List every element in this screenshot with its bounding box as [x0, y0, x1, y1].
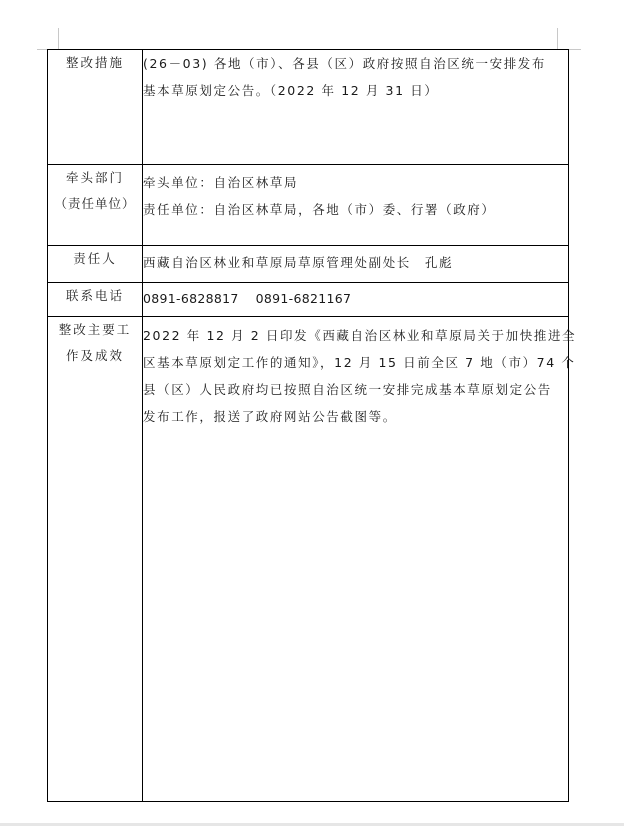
content-responsible-person: 西藏自治区林业和草原局草原管理处副处长 孔彪 — [143, 246, 569, 283]
content-text: 西藏自治区林业和草原局草原管理处副处长 孔彪 — [143, 249, 568, 276]
content-measures: (26－03) 各地（市）、各县（区）政府按照自治区统一安排发布 基本草原划定公… — [143, 50, 569, 165]
table-row-lead-department: 牵头部门 （责任单位） 牵头单位：自治区林草局 责任单位：自治区林草局，各地（市… — [48, 165, 569, 246]
label-text: 牵头部门 — [48, 165, 142, 191]
content-text: 责任单位：自治区林草局，各地（市）委、行署（政府） — [143, 196, 568, 223]
content-text: 0891-6828817 0891-6821167 — [143, 285, 568, 312]
rectification-table: 整改措施 (26－03) 各地（市）、各县（区）政府按照自治区统一安排发布 基本… — [47, 49, 569, 802]
table-row-main-work-results: 整改主要工 作及成效 2022 年 12 月 2 日印发《西藏自治区林业和草原局… — [48, 317, 569, 802]
corner-mark-top-right-vertical — [557, 28, 558, 49]
table-row-contact-phone: 联系电话 0891-6828817 0891-6821167 — [48, 283, 569, 317]
label-text: 责任人 — [48, 246, 142, 272]
table-row-measures: 整改措施 (26－03) 各地（市）、各县（区）政府按照自治区统一安排发布 基本… — [48, 50, 569, 165]
content-text: 基本草原划定公告。（2022 年 12 月 31 日） — [143, 77, 568, 104]
label-text: 整改措施 — [48, 50, 142, 76]
label-text: 联系电话 — [48, 283, 142, 309]
label-responsible-person: 责任人 — [48, 246, 143, 283]
content-contact-phone: 0891-6828817 0891-6821167 — [143, 283, 569, 317]
label-measures: 整改措施 — [48, 50, 143, 165]
table-row-responsible-person: 责任人 西藏自治区林业和草原局草原管理处副处长 孔彪 — [48, 246, 569, 283]
corner-mark-top-left-vertical — [58, 28, 59, 49]
content-main-work-results: 2022 年 12 月 2 日印发《西藏自治区林业和草原局关于加快推进全 区基本… — [143, 317, 569, 802]
content-text: 牵头单位：自治区林草局 — [143, 169, 568, 196]
label-text: 整改主要工 — [48, 317, 142, 343]
content-text: (26－03) 各地（市）、各县（区）政府按照自治区统一安排发布 — [143, 50, 568, 77]
label-text: （责任单位） — [48, 191, 142, 217]
content-text: 县（区）人民政府均已按照自治区统一安排完成基本草原划定公告 — [143, 376, 568, 403]
label-main-work-results: 整改主要工 作及成效 — [48, 317, 143, 802]
label-contact-phone: 联系电话 — [48, 283, 143, 317]
content-text: 区基本草原划定工作的通知》，12 月 15 日前全区 7 地（市）74 个 — [143, 349, 568, 376]
content-text: 发布工作，报送了政府网站公告截图等。 — [143, 403, 568, 430]
content-text: 2022 年 12 月 2 日印发《西藏自治区林业和草原局关于加快推进全 — [143, 322, 568, 349]
label-lead-department: 牵头部门 （责任单位） — [48, 165, 143, 246]
content-lead-department: 牵头单位：自治区林草局 责任单位：自治区林草局，各地（市）委、行署（政府） — [143, 165, 569, 246]
label-text: 作及成效 — [48, 343, 142, 369]
